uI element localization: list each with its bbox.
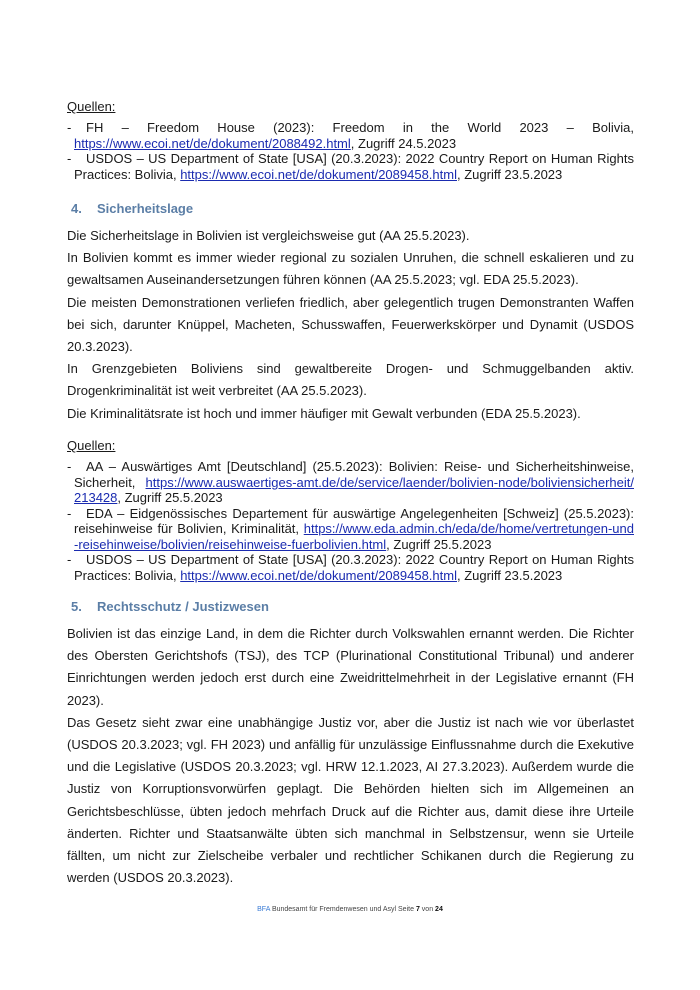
paragraph: Die Kriminalitätsrate ist hoch und immer… [67, 403, 634, 425]
footer-org: Bundesamt für Fremdenwesen und Asyl [272, 906, 396, 913]
sources-list: - FH – Freedom House (2023): Freedom in … [67, 120, 634, 182]
source-link[interactable]: https://www.ecoi.net/de/dokument/2089458… [180, 167, 457, 182]
sources-list: - AA – Auswärtiges Amt [Deutschland] (25… [67, 459, 634, 583]
list-dash: - [67, 120, 71, 136]
sources-block-2: Quellen: - AA – Auswärtiges Amt [Deutsch… [67, 438, 634, 583]
paragraph: Die meisten Demonstrationen verliefen fr… [67, 292, 634, 359]
section-4-body: Die Sicherheitslage in Bolivien ist verg… [67, 225, 634, 425]
source-item: - USDOS – US Department of State [USA] (… [67, 552, 634, 583]
list-dash: - [67, 151, 71, 167]
brand-logo-text: BFA [257, 906, 270, 913]
source-item: - USDOS – US Department of State [USA] (… [67, 151, 634, 182]
sources-block-1: Quellen: - FH – Freedom House (2023): Fr… [67, 99, 634, 182]
list-dash: - [67, 552, 71, 568]
section-heading-5: 5.Rechtsschutz / Justizwesen [67, 599, 269, 615]
list-dash: - [67, 459, 71, 475]
list-dash: - [67, 506, 71, 522]
page-current: 7 [416, 906, 420, 913]
source-item: - AA – Auswärtiges Amt [Deutschland] (25… [67, 459, 634, 506]
page-total: 24 [435, 906, 443, 913]
source-link[interactable]: https://www.ecoi.net/de/dokument/2089458… [180, 568, 457, 583]
source-item: - FH – Freedom House (2023): Freedom in … [67, 120, 634, 151]
paragraph: In Grenzgebieten Boliviens sind gewaltbe… [67, 358, 634, 402]
page-footer: BFA Bundesamt für Fremdenwesen und Asyl … [0, 906, 700, 913]
source-item: - EDA – Eidgenössisches Departement für … [67, 506, 634, 553]
paragraph: Das Gesetz sieht zwar eine unabhängige J… [67, 712, 634, 890]
section-heading-4: 4.Sicherheitslage [67, 201, 193, 217]
source-link[interactable]: https://www.ecoi.net/de/dokument/2088492… [74, 136, 351, 151]
paragraph: Die Sicherheitslage in Bolivien ist verg… [67, 225, 634, 247]
paragraph: Bolivien ist das einzige Land, in dem di… [67, 623, 634, 712]
paragraph: In Bolivien kommt es immer wieder region… [67, 247, 634, 291]
section-5-body: Bolivien ist das einzige Land, in dem di… [67, 623, 634, 889]
sources-label: Quellen: [67, 438, 634, 454]
sources-label: Quellen: [67, 99, 634, 115]
